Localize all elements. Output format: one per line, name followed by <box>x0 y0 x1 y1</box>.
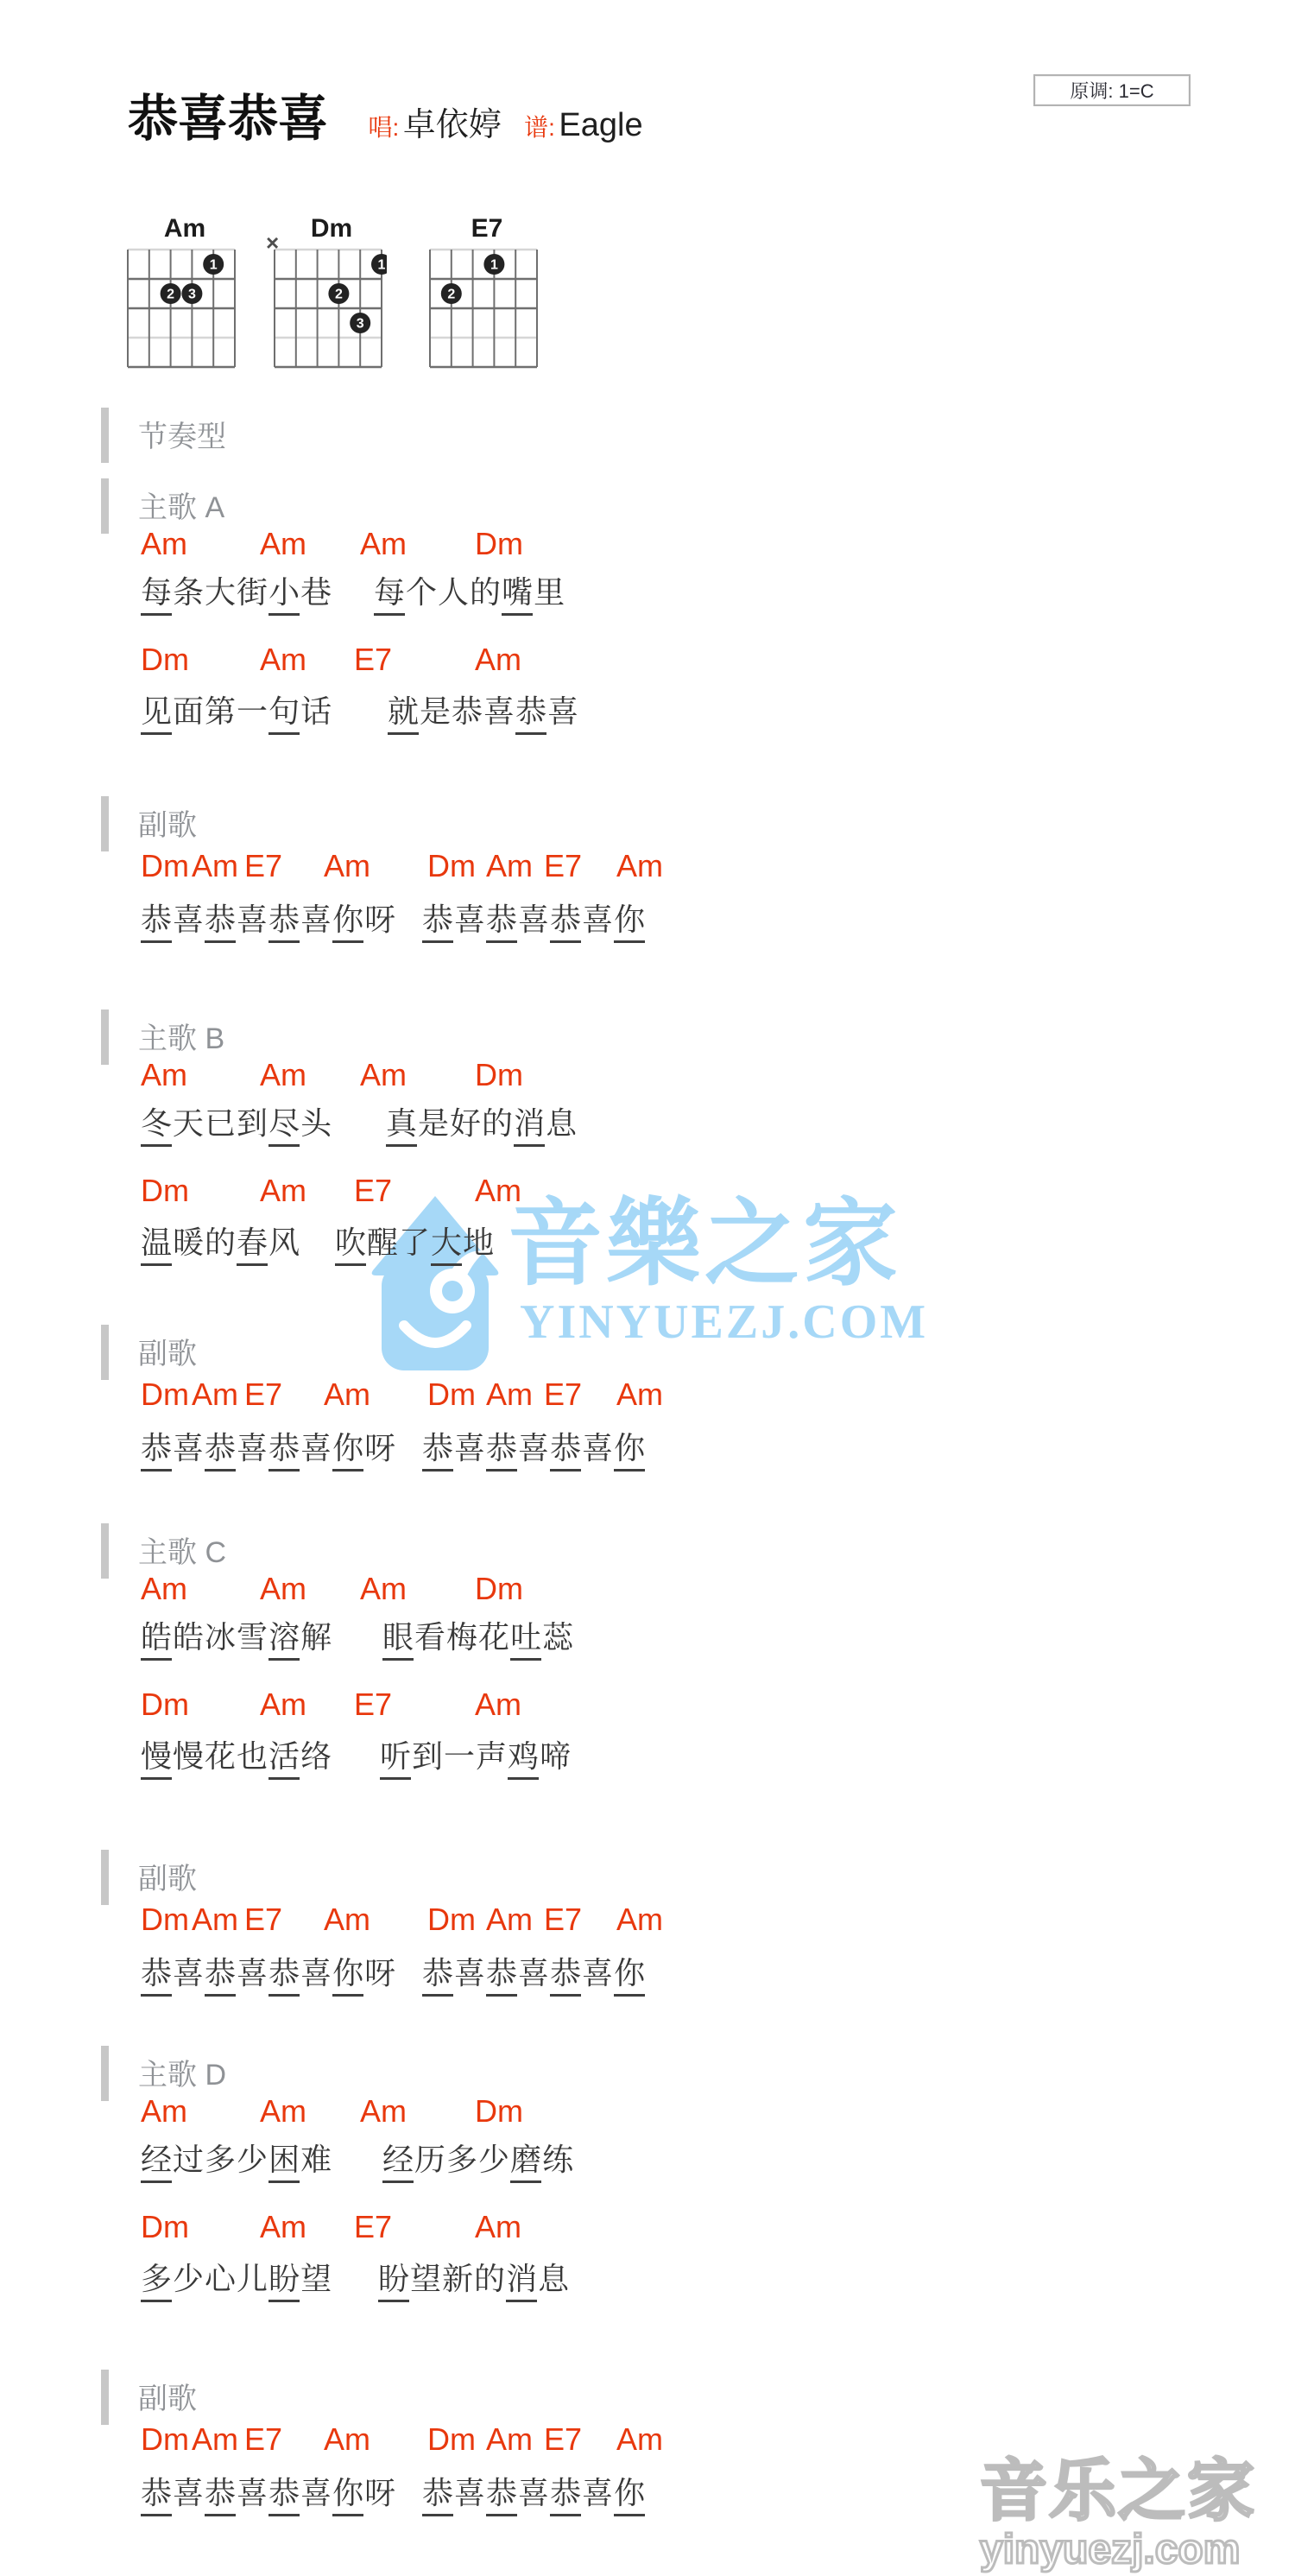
page-title: 恭喜恭喜 <box>128 91 328 147</box>
lyric-char: 皓 <box>173 1620 204 1661</box>
lyric-char: 恭 <box>268 1956 300 1997</box>
chord: Dm <box>141 1902 189 1937</box>
lyric-char: 喜 <box>173 1431 204 1472</box>
lyric-group: 多少心儿盼望 <box>141 2262 332 2302</box>
lyric-char: 冬 <box>141 1106 172 1147</box>
lyric-char: 恭 <box>205 1956 236 1997</box>
lyric-char: 少 <box>173 2262 204 2302</box>
section-label: 副歌 <box>138 2375 197 2417</box>
lyric-char: 的 <box>205 1225 236 1266</box>
chord: E7 <box>244 2422 282 2457</box>
chord-row: AmAmAmDm <box>0 1572 1295 1615</box>
chord: Am <box>260 1174 306 1208</box>
chord-grid: 123 <box>124 247 240 370</box>
lyric-group: 经历多少磨练 <box>382 2142 574 2183</box>
lyric-char: 街 <box>237 575 268 616</box>
chord: E7 <box>354 1687 392 1722</box>
chord: Dm <box>141 1687 189 1722</box>
lyric-char: 呀 <box>364 902 395 943</box>
lyric-char: 喜 <box>518 2476 549 2516</box>
lyric-char: 巷 <box>300 575 332 616</box>
chord: Am <box>260 1058 306 1092</box>
lyric-group: 就是恭喜恭喜 <box>388 694 579 735</box>
chord: Dm <box>141 642 189 677</box>
chord-row: DmAmE7Am <box>0 1687 1295 1731</box>
lyric-row: 慢慢花也活络听到一声鸡啼 <box>0 1739 1295 1782</box>
lyric-char: 喜 <box>173 2476 204 2516</box>
lyric-char: 看 <box>414 1620 445 1661</box>
arranger-label: 谱: <box>524 114 555 141</box>
lyric-char: 喜 <box>300 902 332 943</box>
chord: Am <box>260 642 306 677</box>
lyric-char: 头 <box>300 1106 332 1147</box>
lyric-char: 喜 <box>237 1956 268 1997</box>
chord-row: AmAmAmDm <box>0 527 1295 570</box>
chord: Am <box>260 2094 306 2129</box>
chord: Am <box>324 849 370 883</box>
lyric-char: 一 <box>444 1739 475 1780</box>
chord: Dm <box>427 2422 476 2457</box>
lyric-char: 经 <box>141 2142 172 2183</box>
chord: Am <box>486 2422 533 2457</box>
chord: E7 <box>544 1902 582 1937</box>
chord: E7 <box>354 642 392 677</box>
lyric-char: 见 <box>141 694 172 735</box>
lyric-row: 经过多少困难经历多少磨练 <box>0 2142 1295 2186</box>
lyric-char: 心 <box>205 2262 236 2302</box>
section-bar <box>101 2046 109 2101</box>
lyric-char: 恭 <box>452 694 483 735</box>
lyric-char: 喜 <box>518 1956 549 1997</box>
chord: Am <box>260 527 306 561</box>
lyric-char: 解 <box>300 1620 332 1661</box>
chord: E7 <box>354 1174 392 1208</box>
lyric-char: 了 <box>399 1225 430 1266</box>
chord: Dm <box>141 2210 189 2244</box>
singer-label: 唱: <box>368 114 399 141</box>
chord: Am <box>192 1902 238 1937</box>
svg-text:1: 1 <box>490 258 498 273</box>
lyric-char: 喜 <box>582 902 613 943</box>
section-label: 副歌 <box>138 801 197 844</box>
chord: Am <box>616 1902 663 1937</box>
lyric-row: 温暖的春风吹醒了大地 <box>0 1225 1295 1269</box>
chord: Am <box>141 1572 187 1606</box>
lyric-char: 每 <box>141 575 172 616</box>
sheet-content: 恭喜恭喜 唱: 卓依婷 谱: Eagle 原调: 1=C Am123Dm×123… <box>0 0 1295 2576</box>
lyric-char: 啼 <box>540 1739 571 1780</box>
lyric-char: 经 <box>382 2142 414 2183</box>
chord: Am <box>260 1572 306 1606</box>
lyric-char: 呀 <box>364 1431 395 1472</box>
lyric-char: 大 <box>431 1225 462 1266</box>
chord: Am <box>616 849 663 883</box>
section-bar <box>101 1850 109 1905</box>
lyric-char: 大 <box>205 575 236 616</box>
lyric-group: 恭喜恭喜恭喜你 <box>422 902 646 943</box>
lyric-char: 一 <box>237 694 268 735</box>
lyric-char: 喜 <box>300 1431 332 1472</box>
lyric-char: 喜 <box>237 1431 268 1472</box>
lyric-char: 恭 <box>205 902 236 943</box>
lyric-char: 醒 <box>367 1225 398 1266</box>
lyric-char: 好 <box>450 1106 481 1147</box>
chord: E7 <box>544 2422 582 2457</box>
lyric-char: 喜 <box>300 2476 332 2516</box>
lyric-row: 每条大街小巷每个人的嘴里 <box>0 575 1295 618</box>
section-bar <box>101 1010 109 1065</box>
lyric-char: 呀 <box>364 2476 395 2516</box>
lyric-row: 恭喜恭喜恭喜你呀恭喜恭喜恭喜你 <box>0 1956 1295 1999</box>
lyric-char: 鸡 <box>508 1739 539 1780</box>
lyric-group: 眼看梅花吐蕊 <box>382 1620 574 1661</box>
svg-text:2: 2 <box>167 288 174 302</box>
lyric-char: 是 <box>418 1106 449 1147</box>
lyric-char: 地 <box>463 1225 494 1266</box>
chord-row: DmAmE7AmDmAmE7Am <box>0 1377 1295 1421</box>
credits: 唱: 卓依婷 谱: Eagle <box>368 124 642 139</box>
lyric-char: 新 <box>442 2262 473 2302</box>
original-key-box: 原调: 1=C <box>1033 74 1191 106</box>
lyric-char: 喜 <box>173 1956 204 1997</box>
lyric-group: 经过多少困难 <box>141 2142 332 2183</box>
lyric-group: 恭喜恭喜恭喜你呀 <box>141 902 396 943</box>
chord: Am <box>616 1377 663 1412</box>
lyric-group: 每个人的嘴里 <box>374 575 565 616</box>
lyric-group: 恭喜恭喜恭喜你呀 <box>141 1431 396 1472</box>
lyric-char: 花 <box>478 1620 509 1661</box>
section-label: 主歌 D <box>138 2051 226 2093</box>
lyric-char: 少 <box>478 2142 509 2183</box>
lyric-char: 难 <box>300 2142 332 2183</box>
lyric-char: 恭 <box>486 1431 517 1472</box>
lyric-char: 你 <box>614 1956 645 1997</box>
lyric-char: 恭 <box>486 2476 517 2516</box>
lyric-char: 恭 <box>205 2476 236 2516</box>
chord: E7 <box>244 1902 282 1937</box>
lyric-char: 恭 <box>205 1431 236 1472</box>
header: 恭喜恭喜 唱: 卓依婷 谱: Eagle <box>128 78 643 150</box>
lyric-char: 你 <box>614 1431 645 1472</box>
lyric-char: 慢 <box>141 1739 172 1780</box>
lyric-char: 人 <box>438 575 469 616</box>
chord: Dm <box>475 1572 523 1606</box>
lyric-char: 喜 <box>582 1956 613 1997</box>
chord: Am <box>360 1572 407 1606</box>
lyric-char: 到 <box>237 1106 268 1147</box>
chord-row: DmAmE7Am <box>0 642 1295 686</box>
lyric-char: 消 <box>506 2262 537 2302</box>
chord: Dm <box>427 849 476 883</box>
lyric-char: 的 <box>482 1106 513 1147</box>
lyric-char: 少 <box>237 2142 268 2183</box>
chord: Am <box>475 1174 521 1208</box>
lyric-char: 恭 <box>515 694 546 735</box>
lyric-group: 冬天已到尽头 <box>141 1106 332 1147</box>
lyric-char: 恭 <box>486 1956 517 1997</box>
lyric-char: 里 <box>534 575 565 616</box>
lyric-char: 已 <box>205 1106 236 1147</box>
lyric-char: 尽 <box>268 1106 300 1147</box>
chord: Am <box>616 2422 663 2457</box>
lyric-char: 恭 <box>550 2476 581 2516</box>
lyric-group: 皓皓冰雪溶解 <box>141 1620 332 1661</box>
lyric-char: 个 <box>406 575 437 616</box>
chord: Am <box>475 642 521 677</box>
lyric-char: 你 <box>614 902 645 943</box>
lyric-char: 恭 <box>268 1431 300 1472</box>
lyric-char: 吹 <box>335 1225 366 1266</box>
chord-row: DmAmE7AmDmAmE7Am <box>0 1902 1295 1946</box>
lyric-row: 恭喜恭喜恭喜你呀恭喜恭喜恭喜你 <box>0 1431 1295 1474</box>
section-label: 副歌 <box>138 1330 197 1372</box>
chord: Dm <box>141 2422 189 2457</box>
lyric-char: 嘴 <box>502 575 533 616</box>
lyric-char: 恭 <box>422 1956 453 1997</box>
lyric-char: 喜 <box>582 1431 613 1472</box>
lyric-group: 真是好的消息 <box>386 1106 578 1147</box>
lyric-char: 恭 <box>550 1956 581 1997</box>
lyric-char: 花 <box>205 1739 236 1780</box>
lyric-group: 慢慢花也活络 <box>141 1739 332 1780</box>
lyric-char: 眼 <box>382 1620 414 1661</box>
lyric-char: 恭 <box>268 902 300 943</box>
section-bar <box>101 796 109 851</box>
lyric-group: 恭喜恭喜恭喜你 <box>422 1956 646 1997</box>
arranger-name: Eagle <box>559 107 642 143</box>
lyric-char: 喜 <box>454 902 485 943</box>
chord: Am <box>141 1058 187 1092</box>
lyric-char: 的 <box>470 575 501 616</box>
section-bar <box>101 1523 109 1579</box>
lyric-group: 吹醒了大地 <box>335 1225 495 1266</box>
singer-name: 卓依婷 <box>403 107 502 143</box>
chord-sheet-page: { "header": { "title": "恭喜恭喜", "singer_l… <box>0 0 1295 2576</box>
lyric-char: 条 <box>173 575 204 616</box>
chord-row: DmAmE7AmDmAmE7Am <box>0 849 1295 892</box>
lyric-char: 你 <box>332 2476 363 2516</box>
svg-text:1: 1 <box>210 258 218 273</box>
lyric-char: 过 <box>173 2142 204 2183</box>
section-label: 副歌 <box>138 1855 197 1897</box>
lyric-char: 雪 <box>237 1620 268 1661</box>
lyric-char: 喜 <box>518 902 549 943</box>
lyric-char: 小 <box>268 575 300 616</box>
chord: E7 <box>544 1377 582 1412</box>
lyric-group: 每条大街小巷 <box>141 575 332 616</box>
chord: Am <box>324 1377 370 1412</box>
lyric-char: 喜 <box>547 694 578 735</box>
lyric-char: 磨 <box>510 2142 541 2183</box>
lyric-group: 恭喜恭喜恭喜你 <box>422 1431 646 1472</box>
lyric-char: 喜 <box>454 1956 485 1997</box>
lyric-char: 的 <box>474 2262 505 2302</box>
lyric-char: 儿 <box>237 2262 268 2302</box>
lyric-char: 喜 <box>300 1956 332 1997</box>
chord: Dm <box>141 1377 189 1412</box>
lyric-char: 皓 <box>141 1620 172 1661</box>
chord: Am <box>192 2422 238 2457</box>
lyric-char: 恭 <box>422 902 453 943</box>
chord: Dm <box>427 1902 476 1937</box>
lyric-group: 盼望新的消息 <box>378 2262 570 2302</box>
chord-row: AmAmAmDm <box>0 1058 1295 1101</box>
section-label: 主歌 B <box>138 1015 224 1057</box>
section-bar <box>101 408 109 463</box>
chord: Am <box>475 2210 521 2244</box>
muted-string-marker: × <box>266 231 279 254</box>
lyric-char: 就 <box>388 694 419 735</box>
chord-diagram-label: Am <box>124 214 245 244</box>
lyric-char: 恭 <box>141 2476 172 2516</box>
chord: Am <box>324 1902 370 1937</box>
chord: Dm <box>141 849 189 883</box>
chord-diagram-dm: Dm×123 <box>271 214 392 374</box>
lyric-row: 冬天已到尽头真是好的消息 <box>0 1106 1295 1149</box>
lyric-char: 面 <box>173 694 204 735</box>
lyric-char: 恭 <box>141 1956 172 1997</box>
svg-text:1: 1 <box>378 258 386 273</box>
chord: Am <box>360 2094 407 2129</box>
section-label: 节奏型 <box>138 413 226 455</box>
section-label: 主歌 A <box>138 484 224 526</box>
lyric-group: 温暖的春风 <box>141 1225 300 1266</box>
lyric-char: 听 <box>380 1739 411 1780</box>
section-bar <box>101 1325 109 1380</box>
chord: Dm <box>475 527 523 561</box>
chord: Am <box>260 2210 306 2244</box>
chord: E7 <box>544 849 582 883</box>
chord: Am <box>260 1687 306 1722</box>
lyric-char: 也 <box>237 1739 268 1780</box>
lyric-char: 恭 <box>550 1431 581 1472</box>
chord: Dm <box>475 2094 523 2129</box>
lyric-char: 恭 <box>141 902 172 943</box>
lyric-char: 声 <box>476 1739 507 1780</box>
chord: Dm <box>475 1058 523 1092</box>
lyric-row: 多少心儿盼望盼望新的消息 <box>0 2262 1295 2305</box>
lyric-char: 你 <box>614 2476 645 2516</box>
lyric-row: 恭喜恭喜恭喜你呀恭喜恭喜恭喜你 <box>0 902 1295 946</box>
svg-text:2: 2 <box>447 288 455 302</box>
chord: Am <box>192 849 238 883</box>
lyric-char: 多 <box>141 2262 172 2302</box>
chord: Am <box>475 1687 521 1722</box>
chord: E7 <box>244 849 282 883</box>
lyric-char: 冰 <box>205 1620 236 1661</box>
lyric-group: 听到一声鸡啼 <box>380 1739 572 1780</box>
lyric-char: 每 <box>374 575 405 616</box>
lyric-char: 暖 <box>173 1225 204 1266</box>
lyric-row: 皓皓冰雪溶解眼看梅花吐蕊 <box>0 1620 1295 1663</box>
lyric-char: 恭 <box>268 2476 300 2516</box>
lyric-char: 望 <box>300 2262 332 2302</box>
chord-diagram-label: Dm <box>271 214 392 244</box>
chord: Am <box>324 2422 370 2457</box>
chord-grid: 123 <box>271 247 387 370</box>
chord: Am <box>486 849 533 883</box>
lyric-char: 历 <box>414 2142 445 2183</box>
lyric-char: 恭 <box>422 1431 453 1472</box>
lyric-char: 天 <box>173 1106 204 1147</box>
lyric-char: 恭 <box>422 2476 453 2516</box>
lyric-char: 望 <box>410 2262 441 2302</box>
lyric-char: 喜 <box>454 1431 485 1472</box>
chord: Am <box>486 1377 533 1412</box>
lyric-char: 喜 <box>518 1431 549 1472</box>
chord: Am <box>486 1902 533 1937</box>
lyric-char: 多 <box>446 2142 477 2183</box>
lyric-char: 呀 <box>364 1956 395 1997</box>
chord-row: DmAmE7Am <box>0 2210 1295 2253</box>
lyric-char: 恭 <box>550 902 581 943</box>
svg-text:3: 3 <box>188 288 196 302</box>
chord-grid: 12 <box>426 247 542 370</box>
lyric-char: 你 <box>332 1431 363 1472</box>
chord: Am <box>141 527 187 561</box>
lyric-char: 练 <box>542 2142 573 2183</box>
lyric-char: 话 <box>300 694 332 735</box>
chord: Dm <box>427 1377 476 1412</box>
lyric-char: 恭 <box>486 902 517 943</box>
lyric-char: 你 <box>332 1956 363 1997</box>
lyric-char: 风 <box>268 1225 300 1266</box>
lyric-row: 见面第一句话就是恭喜恭喜 <box>0 694 1295 737</box>
section-bar <box>101 478 109 534</box>
chord: E7 <box>244 1377 282 1412</box>
lyric-char: 喜 <box>237 902 268 943</box>
lyric-char: 消 <box>514 1106 545 1147</box>
chord: Am <box>141 2094 187 2129</box>
svg-text:2: 2 <box>335 288 343 302</box>
lyric-char: 喜 <box>454 2476 485 2516</box>
chord: E7 <box>354 2210 392 2244</box>
lyric-char: 喜 <box>173 902 204 943</box>
svg-text:3: 3 <box>357 317 364 332</box>
lyric-char: 句 <box>268 694 300 735</box>
lyric-char: 喜 <box>237 2476 268 2516</box>
lyric-char: 息 <box>546 1106 577 1147</box>
lyric-char: 慢 <box>173 1739 204 1780</box>
lyric-char: 恭 <box>141 1431 172 1472</box>
lyric-char: 喜 <box>582 2476 613 2516</box>
lyric-char: 喜 <box>483 694 515 735</box>
lyric-char: 到 <box>412 1739 443 1780</box>
chord: Am <box>360 1058 407 1092</box>
lyric-char: 络 <box>300 1739 332 1780</box>
chord: Dm <box>141 1174 189 1208</box>
lyric-char: 吐 <box>510 1620 541 1661</box>
lyric-char: 溶 <box>268 1620 300 1661</box>
lyric-row: 恭喜恭喜恭喜你呀恭喜恭喜恭喜你 <box>0 2476 1295 2519</box>
lyric-char: 息 <box>538 2262 569 2302</box>
chord-row: AmAmAmDm <box>0 2094 1295 2137</box>
chord-diagram-e7: E712 <box>426 214 547 374</box>
lyric-char: 温 <box>141 1225 172 1266</box>
chord-diagram-label: E7 <box>426 214 547 244</box>
lyric-char: 春 <box>237 1225 268 1266</box>
lyric-group: 恭喜恭喜恭喜你呀 <box>141 1956 396 1997</box>
lyric-group: 见面第一句话 <box>141 694 332 735</box>
lyric-char: 活 <box>268 1739 300 1780</box>
chord-row: DmAmE7AmDmAmE7Am <box>0 2422 1295 2465</box>
chord-diagram-am: Am123 <box>124 214 245 374</box>
lyric-char: 盼 <box>378 2262 409 2302</box>
lyric-char: 梅 <box>446 1620 477 1661</box>
lyric-char: 真 <box>386 1106 417 1147</box>
lyric-group: 恭喜恭喜恭喜你呀 <box>141 2476 396 2516</box>
lyric-char: 困 <box>268 2142 300 2183</box>
